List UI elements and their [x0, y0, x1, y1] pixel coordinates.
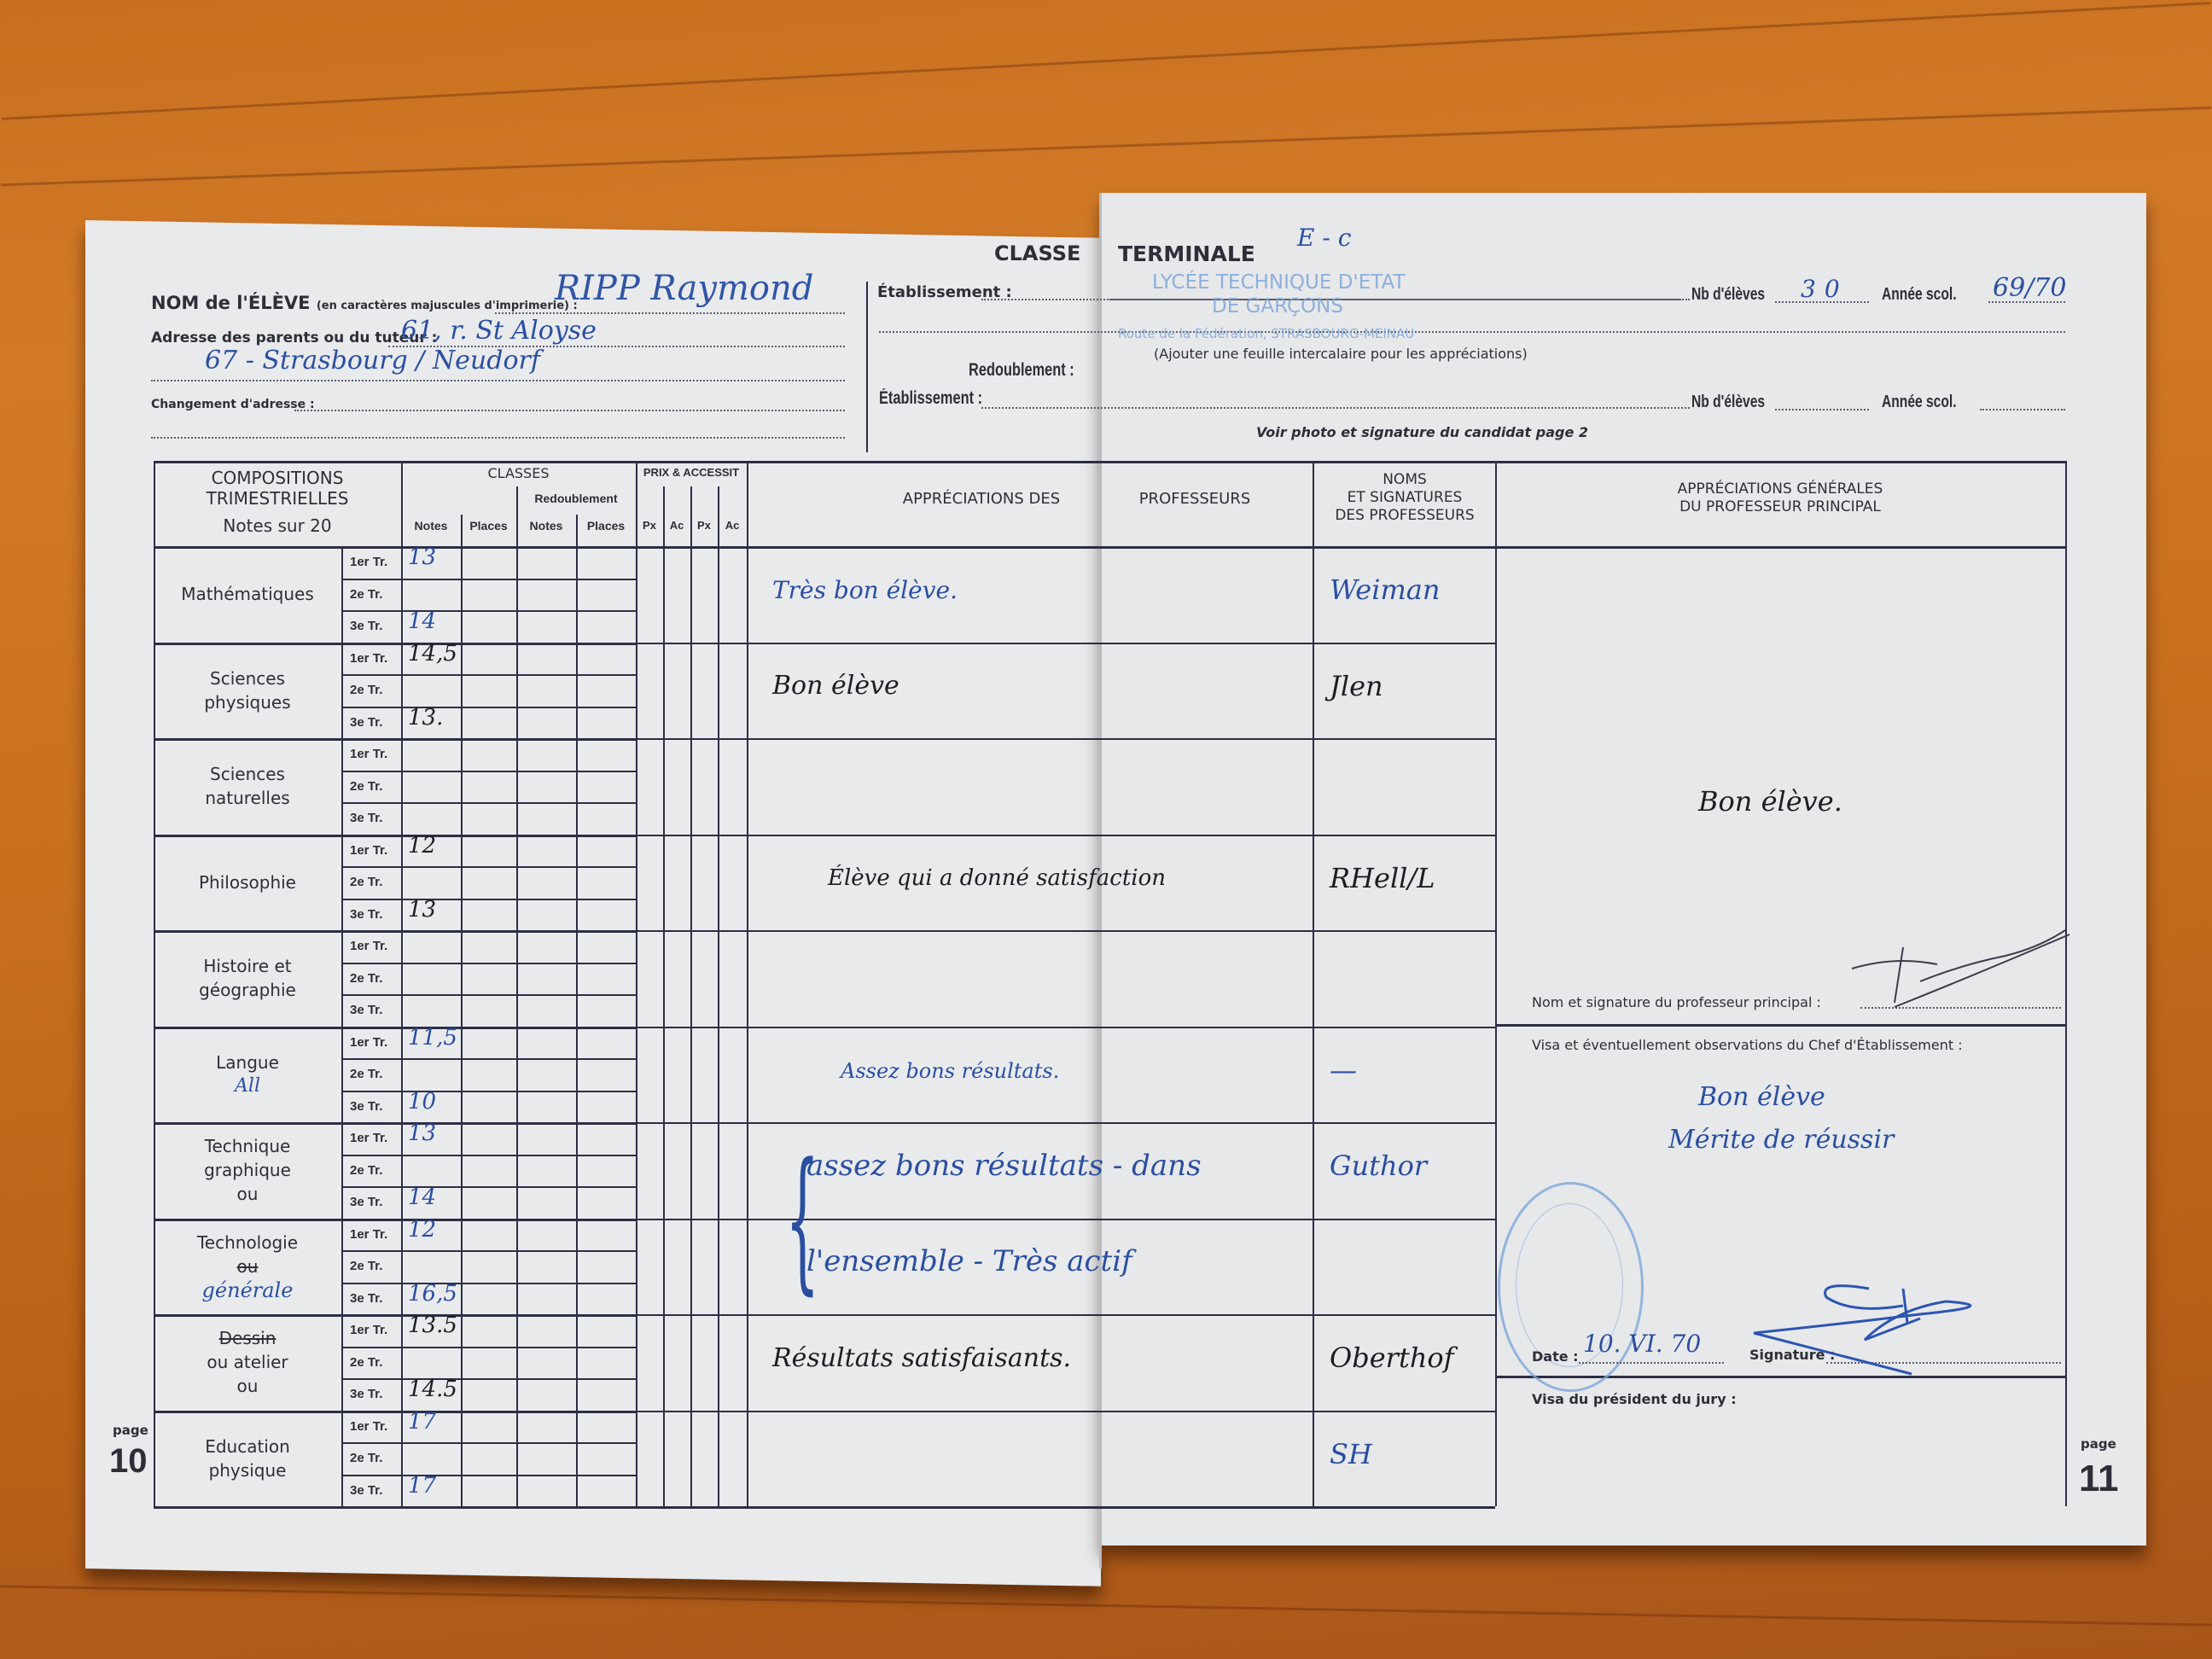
subject-name-line: générale — [154, 1278, 341, 1302]
trimester-label: 3e Tr. — [350, 907, 382, 922]
trimester-label: 2e Tr. — [350, 1259, 382, 1273]
chef-signature — [1749, 1280, 2031, 1382]
table-header-border — [1495, 546, 2065, 549]
subject-separator — [154, 738, 636, 741]
trimester-label: 2e Tr. — [350, 683, 382, 697]
subject-name: Histoire etgéographie — [154, 954, 341, 1002]
table-rule — [461, 515, 463, 1506]
trimester-separator — [341, 1058, 636, 1060]
table-rule — [401, 461, 403, 1506]
subject-separator — [636, 1219, 1495, 1220]
grade-cell[interactable]: 17 — [408, 1409, 436, 1435]
grade-cell[interactable]: 14,5 — [408, 641, 457, 667]
trimester-separator — [341, 994, 636, 996]
trimester-separator — [341, 1378, 636, 1380]
subject-name-line: Technique — [154, 1134, 341, 1158]
header-appreciations: APPRÉCIATIONS DES — [853, 490, 1109, 508]
trimester-separator — [341, 1283, 636, 1284]
etablissement2-label: Établissement : — [879, 388, 982, 409]
bracket-icon: { — [785, 1135, 819, 1306]
teacher-signature: Oberthof — [1330, 1342, 1454, 1374]
etablissement-stamp-1: LYCÉE TECHNIQUE D'ETAT — [1152, 271, 1406, 294]
etablissement-stamp-2: DE GARÇONS — [1212, 295, 1343, 317]
nom-label-text: NOM de l'ÉLÈVE — [151, 293, 311, 313]
nb-eleves2-label: Nb d'élèves — [1691, 393, 1765, 412]
subject-separator — [154, 643, 636, 645]
annee2-label: Année scol. — [1882, 393, 1957, 412]
trimester-label: 2e Tr. — [350, 1355, 382, 1370]
annee-label: Année scol. — [1882, 285, 1957, 305]
subject-name-line: ou — [154, 1254, 341, 1278]
adresse-value-2[interactable]: 67 - Strasbourg / Neudorf — [205, 346, 540, 375]
subject-separator — [154, 1027, 636, 1029]
trimester-label: 3e Tr. — [350, 1195, 382, 1209]
visa-chef-line1[interactable]: Bon élève — [1698, 1082, 1825, 1112]
header-compositions-1: COMPOSITIONS — [154, 468, 401, 488]
trimester-separator — [341, 1186, 636, 1188]
etablissement-line-b — [1109, 299, 1690, 300]
subject-name-line: Technologie — [154, 1231, 341, 1254]
header-redoublement: Redoublement — [516, 492, 636, 505]
header-noms-1: NOMS — [1314, 471, 1495, 489]
table-rule — [663, 486, 665, 1506]
teacher-appreciation[interactable]: Assez bons résultats. — [841, 1059, 1059, 1083]
subject-name: Educationphysique — [154, 1435, 341, 1482]
trimester-separator — [341, 579, 636, 580]
classe-value: E - c — [1297, 224, 1351, 252]
grade-cell[interactable]: 10 — [408, 1089, 436, 1115]
subject-name-line: Philosophie — [154, 870, 341, 894]
teacher-signature: Weiman — [1330, 573, 1440, 606]
trimester-separator — [341, 771, 636, 772]
subject-name-line: Sciences — [154, 762, 341, 786]
trimester-label: 2e Tr. — [350, 875, 382, 889]
trimester-separator — [341, 802, 636, 804]
subject-separator — [636, 1314, 1495, 1316]
trimester-label: 3e Tr. — [350, 1483, 382, 1498]
header-px-2: Px — [690, 519, 718, 532]
trimester-label: 2e Tr. — [350, 1163, 382, 1178]
wood-grain — [1, 107, 2212, 186]
header-prix: PRIX & ACCESSIT — [636, 466, 747, 479]
trimester-label: 2e Tr. — [350, 779, 382, 794]
nom-value[interactable]: RIPP Raymond — [555, 269, 813, 308]
trimester-label: 2e Tr. — [350, 587, 382, 602]
subject-name: Sciencesphysiques — [154, 667, 341, 714]
grade-cell[interactable]: 13 — [408, 1121, 436, 1146]
header-general-1: APPRÉCIATIONS GÉNÉRALES — [1495, 480, 2065, 498]
teacher-appreciation[interactable]: assez bons résultats - dans — [806, 1149, 1202, 1183]
table-bottom-border — [154, 1506, 1495, 1509]
principal-signature — [1843, 922, 2074, 1016]
trimester-separator — [341, 1091, 636, 1092]
header-px-1: Px — [636, 519, 663, 532]
trimester-label: 2e Tr. — [350, 971, 382, 986]
grade-cell[interactable]: 13. — [408, 705, 443, 731]
trimester-separator — [341, 707, 636, 708]
header-notes: Notes — [401, 519, 461, 533]
annee2-line — [1980, 409, 2065, 410]
subject-name-line: physique — [154, 1458, 341, 1482]
subject-name: Philosophie — [154, 870, 341, 894]
left-page-word: page — [113, 1423, 148, 1438]
subject-name-line: Histoire et — [154, 954, 341, 978]
header-ac-1: Ac — [663, 519, 690, 532]
principal-label: Nom et signature du professeur principal… — [1532, 994, 1821, 1010]
nb-eleves-value[interactable]: 30 — [1801, 275, 1848, 303]
table-rule — [747, 461, 748, 1506]
subject-separator — [154, 835, 636, 837]
subject-name-line: géographie — [154, 978, 341, 1002]
wood-grain — [0, 1585, 2212, 1626]
teacher-signature: RHell/L — [1330, 862, 1435, 894]
header-separator — [866, 282, 868, 452]
etablissement-line-2 — [879, 331, 2065, 333]
subject-name-line: ou — [154, 1374, 341, 1398]
header-noms: NOMS ET SIGNATURES DES PROFESSEURS — [1314, 471, 1495, 525]
left-page-number: 10 — [109, 1442, 148, 1481]
principal-box-border — [1495, 1024, 2065, 1027]
subject-name-line: Education — [154, 1435, 341, 1458]
grade-cell[interactable]: 11,5 — [408, 1025, 457, 1051]
subject-name-line: Langue — [154, 1051, 341, 1074]
table-rule — [516, 486, 518, 1506]
trimester-label: 2e Tr. — [350, 1451, 382, 1465]
subject-separator — [636, 1122, 1495, 1124]
header-compositions-3: Notes sur 20 — [154, 515, 401, 536]
trimester-label: 1er Tr. — [350, 1227, 387, 1242]
subject-name: Technologieougénérale — [154, 1231, 341, 1302]
table-rule — [576, 515, 578, 1506]
teacher-signature: Jlen — [1330, 670, 1383, 702]
adresse-value-1[interactable]: 61, r. St Aloyse — [401, 316, 597, 346]
subject-name: Techniquegraphiqueou — [154, 1134, 341, 1206]
trimester-label: 3e Tr. — [350, 1387, 382, 1401]
trimester-label: 1er Tr. — [350, 843, 387, 858]
header-noms-2: ET SIGNATURES — [1314, 489, 1495, 507]
subject-name-line: Mathématiques — [154, 582, 341, 606]
subject-separator — [636, 835, 1495, 836]
date-label: Date : — [1532, 1348, 1579, 1365]
subject-name-line: Sciences — [154, 667, 341, 690]
teacher-appreciation[interactable]: Bon élève — [772, 671, 899, 701]
header-compositions: COMPOSITIONS TRIMESTRIELLES Notes sur 20 — [154, 468, 401, 536]
grade-cell[interactable]: 12 — [408, 1217, 436, 1243]
subject-separator — [154, 930, 636, 933]
table-rule — [690, 486, 692, 1506]
right-page-number: 11 — [2079, 1458, 2119, 1500]
nb-eleves2-line — [1775, 409, 1869, 410]
subject-separator — [636, 1411, 1495, 1412]
trimester-separator — [341, 1475, 636, 1476]
wood-grain — [2, 2, 2211, 120]
header-redoub-places: Places — [576, 519, 636, 533]
visa-chef-label: Visa et éventuellement observations du C… — [1532, 1037, 1963, 1053]
subject-name: Dessinou atelierou — [154, 1326, 341, 1398]
subject-name-line: All — [154, 1074, 341, 1098]
trimester-label: 1er Tr. — [350, 1323, 387, 1337]
date-value[interactable]: 10. VI. 70 — [1583, 1330, 1701, 1358]
table-rule — [1313, 461, 1314, 1506]
subject-separator — [154, 1219, 636, 1221]
trimester-label: 1er Tr. — [350, 651, 387, 666]
table-rule — [718, 486, 719, 1506]
subject-name-line: naturelles — [154, 786, 341, 810]
trimester-label: 2e Tr. — [350, 1067, 382, 1081]
header-general-2: DU PROFESSEUR PRINCIPAL — [1495, 498, 2065, 516]
trimester-separator — [341, 1250, 636, 1252]
visa-chef-line2[interactable]: Mérite de réussir — [1668, 1125, 1894, 1155]
subject-separator — [636, 738, 1495, 740]
trimester-separator — [341, 1155, 636, 1156]
grade-cell[interactable]: 13.5 — [408, 1313, 457, 1338]
trimester-label: 3e Tr. — [350, 1291, 382, 1306]
changement-label: Changement d'adresse : — [151, 398, 315, 411]
trimester-label: 1er Tr. — [350, 1035, 387, 1050]
teacher-signature: SH — [1330, 1438, 1372, 1470]
header-professeurs: PROFESSEURS — [1109, 490, 1280, 508]
trimester-label: 3e Tr. — [350, 1099, 382, 1114]
trimester-label: 1er Tr. — [350, 1131, 387, 1145]
trimester-separator — [341, 866, 636, 868]
header-noms-3: DES PROFESSEURS — [1314, 507, 1495, 525]
subject-separator — [636, 930, 1495, 932]
header-places: Places — [461, 519, 516, 533]
photo-note: Voir photo et signature du candidat page… — [1256, 424, 1588, 440]
intercalaire-note: (Ajouter une feuille intercalaire pour l… — [1154, 346, 1528, 362]
nom-label: NOM de l'ÉLÈVE (en caractères majuscules… — [151, 293, 578, 313]
subject-name: Mathématiques — [154, 582, 341, 606]
trimester-label: 1er Tr. — [350, 939, 387, 953]
trimester-label: 1er Tr. — [350, 747, 387, 761]
teacher-signature: Guthor — [1330, 1150, 1427, 1182]
subject-name-line: physiques — [154, 690, 341, 714]
grade-cell[interactable]: 17 — [408, 1473, 436, 1499]
trimester-separator — [341, 1442, 636, 1444]
trimester-separator — [341, 963, 636, 964]
header-general: APPRÉCIATIONS GÉNÉRALES DU PROFESSEUR PR… — [1495, 480, 2065, 516]
subject-name: LangueAll — [154, 1051, 341, 1098]
subject-separator — [636, 1027, 1495, 1028]
table-rule — [636, 461, 637, 1506]
classe-label: CLASSE — [994, 242, 1080, 265]
subject-separator — [154, 1122, 636, 1125]
header-extra-line — [151, 437, 845, 439]
grade-cell[interactable]: 16,5 — [408, 1281, 457, 1307]
trimester-label: 3e Tr. — [350, 811, 382, 825]
table-rule — [1495, 461, 1497, 1506]
date-line — [1579, 1362, 1724, 1364]
grade-cell[interactable]: 13 — [408, 897, 436, 923]
nb-eleves-label: Nb d'élèves — [1691, 285, 1765, 305]
trimester-separator — [341, 674, 636, 676]
header-classes: CLASSES — [401, 465, 636, 481]
etablissement-stamp-3: Route de la Fédération, STRASBOURG-MEINA… — [1118, 326, 1414, 341]
subject-separator — [154, 1411, 636, 1413]
subject-name: Sciencesnaturelles — [154, 762, 341, 810]
changement-line — [294, 410, 845, 411]
subject-separator — [154, 1314, 636, 1317]
terminale-label: TERMINALE — [1118, 242, 1255, 266]
subject-name-line: ou atelier — [154, 1350, 341, 1374]
adresse-label: Adresse des parents ou du tuteur : — [151, 329, 437, 346]
subject-separator — [636, 643, 1495, 644]
trimester-label: 1er Tr. — [350, 1419, 387, 1434]
grade-cell[interactable]: 14 — [408, 1185, 436, 1210]
redoublement-label: Redoublement : — [969, 360, 1074, 381]
trimester-label: 3e Tr. — [350, 715, 382, 730]
nom-hint: (en caractères majuscules d'imprimerie) … — [317, 300, 578, 312]
subject-name-line: ou — [154, 1182, 341, 1206]
table-top-border — [154, 461, 2065, 463]
trimester-label: 1er Tr. — [350, 555, 387, 569]
subject-name-line: Dessin — [154, 1326, 341, 1350]
header-compositions-2: TRIMESTRIELLES — [154, 488, 401, 509]
teacher-appreciation[interactable]: Très bon élève. — [772, 576, 958, 604]
general-appreciation[interactable]: Bon élève. — [1698, 785, 1842, 818]
right-page-word: page — [2081, 1436, 2116, 1452]
grade-cell[interactable]: 13 — [408, 544, 436, 570]
grade-cell[interactable]: 14.5 — [408, 1377, 457, 1402]
nom-field-line — [495, 312, 845, 314]
teacher-appreciation[interactable]: Élève qui a donné satisfaction — [828, 865, 1166, 891]
teacher-appreciation[interactable]: l'ensemble - Très actif — [806, 1244, 1132, 1278]
trimester-separator — [341, 1347, 636, 1348]
trimester-separator — [341, 610, 636, 612]
header-ac-2: Ac — [718, 519, 747, 532]
jury-label: Visa du président du jury : — [1532, 1391, 1737, 1407]
trimester-label: 3e Tr. — [350, 619, 382, 633]
adresse-line-2 — [151, 380, 845, 381]
header-redoub-notes: Notes — [516, 519, 576, 533]
teacher-appreciation[interactable]: Résultats satisfaisants. — [772, 1343, 1071, 1373]
teacher-signature: — — [1330, 1054, 1357, 1086]
grade-cell[interactable]: 12 — [408, 833, 436, 859]
annee-value[interactable]: 69/70 — [1993, 273, 2066, 303]
table-header-border — [154, 546, 1495, 549]
etablissement2-line — [981, 407, 1690, 409]
trimester-separator — [341, 899, 636, 900]
trimester-label: 3e Tr. — [350, 1003, 382, 1017]
subject-name-line: graphique — [154, 1158, 341, 1182]
grade-cell[interactable]: 14 — [408, 608, 436, 634]
